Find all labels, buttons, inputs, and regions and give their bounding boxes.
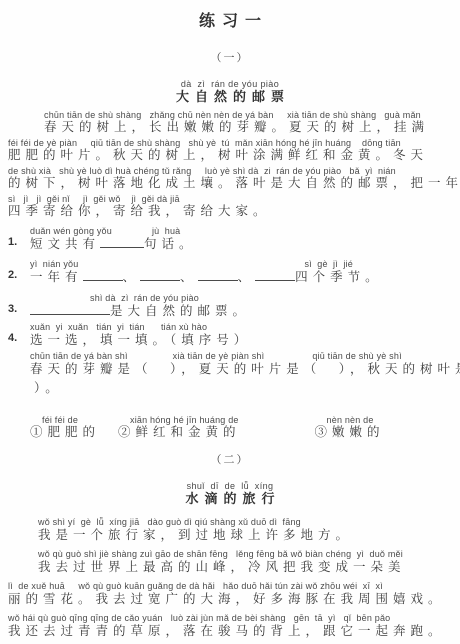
passage-line: wǒ qù guò shì jiè shàng zuì gāo de shān … [8,549,452,574]
hanzi-line: 肥肥的叶片。秋天的树上，树叶涂满鲜红和金黄。冬天 [8,148,452,162]
question-2-number: 2. [8,259,30,284]
answer-blank [255,269,295,281]
option-1-text: ①肥肥的 [30,425,100,439]
question-4-text: 选一选，填一填。（填序号） [30,332,452,347]
question-2-pinyin: yì nián yǒusì gè jì jié [30,259,452,269]
question-1-number: 1. [8,226,30,251]
option-3-text: ③嫩嫩的 [315,425,385,439]
worksheet-page: 练习一 （一） dà zì rán de yóu piào 大自然的邮票 chū… [0,0,460,644]
question-4-subline: chūn tiān de yá bàn shìxià tiān de yè pi… [30,351,452,376]
question-1-text: 短文共有句话。 [30,236,452,251]
hanzi-line: 的树下，树叶落地化成土壤。落叶是大自然的邮票，把一年 [8,176,452,190]
answer-blank [100,236,144,248]
section-2-marker: （二） [8,453,452,466]
passage-line: wǒ hái qù guò qīng qīng de cǎo yuán luò … [8,613,452,638]
passage-line: de shù xià shù yè luò dì huà chéng tǔ rǎ… [8,166,452,190]
question-3-text: 是大自然的邮票。 [30,303,452,318]
answer-blank [83,269,123,281]
hanzi-line: 春天的树上，长出嫩嫩的芽瓣。夏天的树上，挂满 [44,120,452,134]
passage-line: féi féi de yè piàn qiū tiān de shù shàng… [8,138,452,162]
option-1: féi féi de ①肥肥的 [30,415,100,439]
section-2-title: 水滴的旅行 [8,491,452,506]
question-4-options: féi féi de ①肥肥的 xiān hóng hé jīn huáng d… [8,415,452,439]
question-4-subline-text: 春天的芽瓣是（ ），夏天的叶片是（ ），秋天的树叶是（ [30,361,452,376]
question-4-pinyin: xuǎn yi xuǎn tián yi tián tián xù hào [30,322,452,332]
question-4-subline-pinyin: chūn tiān de yá bàn shìxià tiān de yè pi… [30,351,452,361]
question-4: 4. xuǎn yi xuǎn tián yi tián tián xù hào… [8,322,452,395]
pinyin-line: wǒ hái qù guò qīng qīng de cǎo yuán luò … [8,613,452,623]
hanzi-line: 丽的雪花。我去过宽广的大海，好多海豚在我周围嬉戏。 [8,591,452,606]
section-1-passage: chūn tiān de shù shàng zhǎng chū nèn nèn… [8,110,452,218]
question-2: 2. yì nián yǒusì gè jì jié 一年有、、、四个季节。 [8,259,452,284]
passage-line: chūn tiān de shù shàng zhǎng chū nèn nèn… [8,110,452,134]
passage-line: lì de xuě huā wǒ qù guò kuān guǎng de dà… [8,581,452,606]
question-3-pinyin: shì dà zì rán de yóu piào [30,293,452,303]
answer-blank [30,303,110,315]
option-2: xiān hóng hé jīn huáng de ②鲜红和金黄的 [118,415,241,439]
pinyin-line: wǒ qù guò shì jiè shàng zuì gāo de shān … [38,549,452,559]
section-1-marker: （一） [8,51,452,64]
question-1-pinyin: duǎn wén gòng yǒujù huà [30,226,452,236]
hanzi-line: 我去过世界上最高的山峰，冷风把我变成一朵美 [38,559,452,574]
question-4-number: 4. [8,322,30,395]
passage-line: sì jì jì gěi nǐ jì gěi wǒ jì gěi dà jiā … [8,194,452,218]
option-2-text: ②鲜红和金黄的 [118,425,241,439]
question-2-text: 一年有、、、四个季节。 [30,269,452,284]
option-3: nèn nèn de ③嫩嫩的 [315,415,385,439]
pinyin-line: wǒ shì yí gè lǚ xíng jiā dào guò dì qiú … [38,517,452,527]
passage-line: wǒ shì yí gè lǚ xíng jiā dào guò dì qiú … [8,517,452,542]
question-1: 1. duǎn wén gòng yǒujù huà 短文共有句话。 [8,226,452,251]
section-2-passage: wǒ shì yí gè lǚ xíng jiā dào guò dì qiú … [8,517,452,638]
question-3: 3. shì dà zì rán de yóu piào 是大自然的邮票。 [8,293,452,318]
answer-blank [140,269,180,281]
pinyin-line: lì de xuě huā wǒ qù guò kuān guǎng de dà… [8,581,452,591]
exercise-title: 练习一 [8,13,452,31]
section-2-title-pinyin: shuǐ dī de lǚ xíng [8,481,452,491]
question-3-number: 3. [8,293,30,318]
hanzi-line: 四季寄给你，寄给我，寄给大家。 [8,204,452,218]
answer-blank [198,269,238,281]
section-1-title: 大自然的邮票 [8,89,452,104]
section-1-title-pinyin: dà zì rán de yóu piào [8,79,452,89]
hanzi-line: 我是一个旅行家，到过地球上许多地方。 [38,527,452,542]
question-4-continuation: ）。 [30,381,452,395]
hanzi-line: 我还去过青青的草原，落在骏马的背上，跟它一起奔跑。 [8,623,452,638]
